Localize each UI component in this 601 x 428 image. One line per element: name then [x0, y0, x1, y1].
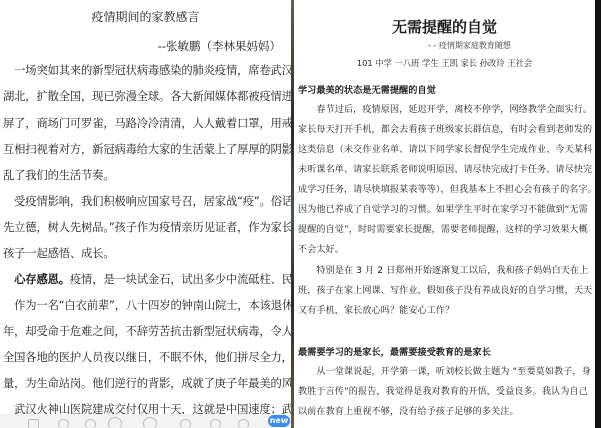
toolbar-icon[interactable] [238, 419, 249, 428]
left-page-author: --张敏鹏（李林果妈妈） [158, 38, 281, 54]
text-line: 未听课名单、请家长联系老师说明原因、请尽快完成打卡任务、请尽快完 [298, 162, 592, 175]
right-page-subtitle: - - 疫情期家庭教育随想 [428, 40, 511, 51]
right-document-page: 无需提醒的自觉 - - 疫情期家庭教育随想 101 中学 一八班 学生 王凯 家… [294, 0, 595, 428]
new-badge[interactable]: new [268, 415, 290, 427]
toolbar-icon[interactable] [85, 419, 96, 428]
text-line: 这类信息（未交作业名单、请以下同学家长督促学生完成作业、今天某科 [298, 142, 592, 155]
text-line: 又有手机，家长放心吗？能安心工作？ [298, 303, 454, 316]
text-line: 班，孩子在家上网课、写作业，假如孩子没有养成良好的自学习惯，天天 [298, 283, 592, 296]
right-edge-border [595, 0, 601, 428]
text-line: 提醒的自觉”，时时需要家长提醒，需要老师提醒，这样的学习效果大概 [298, 222, 588, 235]
text-line: 孩子一起感悟、成长。 [3, 245, 114, 261]
bold-lead: 心存感恩。 [14, 273, 70, 286]
right-page-title: 无需提醒的自觉 [294, 16, 595, 37]
toolbar-icon[interactable] [58, 419, 69, 428]
bold-para-rest: 疫情，是一块试金石，试出多少中流砥柱、民族脊梁。 [70, 273, 291, 286]
section-heading: 学习最美的状态是无需提醒的自觉 [298, 82, 436, 96]
text-line: 成学习任务，请尽快填报某表等等），但我基本上不担心会有孩子的名字。 [298, 182, 595, 195]
text-line: 因为他已养成了自觉学习的习惯。如果学生平时在家学习不能做到“无需 [298, 202, 588, 215]
text-line: 春节过后，疫情原因，延迟开学，离校不停学，网络教学全面实行。 [298, 102, 592, 115]
text-line: 年，却受命于危难之间，不辞劳苦抗击新型冠状病毒，令人肃然起敬。 [3, 323, 291, 339]
text-line: 家长每天打开手机，都会去看孩子班级家长群信息，有时会看到老师发的 [298, 122, 592, 135]
text-line: 先立德，树人先树品。”孩子作为疫情亲历见证者，作为家长的我和 [3, 219, 291, 235]
left-page-title: 疫情期间的家教感言 [0, 8, 291, 25]
text-line: 从一堂课说起，开学第一课，听刘校长做主题为 “至要莫如教子，身 [298, 364, 591, 377]
text-line: 不会太好。 [298, 242, 344, 255]
text-line: 屏了，商场门可罗雀，马路冷冷清清，人人戴着口罩，用戒备的眼神 [3, 115, 291, 131]
text-line: 特别是在 3 月 2 日郑州开始逐渐复工以后，我和孩子妈妈白天在上 [298, 263, 588, 276]
bottom-toolbar [0, 414, 291, 428]
toolbar-icon[interactable] [210, 419, 221, 428]
text-line: 湖北，扩散全国，现已弥漫全球。各大新闻媒体都被疫情进展情况刷 [3, 88, 291, 104]
text-line: 量，为生命站岗。他们逆行的背影，成就了庚子年最美的风景！ [3, 375, 291, 391]
text-line: 以前在教育上重视不够，没有给予孩子足够的多关注。 [298, 404, 519, 417]
author-info: 101 中学 一八班 学生 王凯 家长 孙改玲 王社会 [294, 57, 595, 69]
text-line: 互相扫视着对方，新冠病毒给大家的生活蒙上了厚厚的阴影，彻底打 [3, 141, 291, 157]
bold-paragraph-line: 心存感恩。疫情，是一块试金石，试出多少中流砥柱、民族脊梁。 [3, 271, 291, 287]
left-document-page: 疫情期间的家教感言 --张敏鹏（李林果妈妈） 一场突如其来的新型冠状病毒感染的肺… [0, 0, 291, 428]
bracket-icon[interactable] [28, 419, 39, 428]
text-line: 全国各地的医护人员夜以继日，不眠不休，他们拼尽全力，与病毒较 [3, 349, 291, 365]
circle-icon[interactable] [108, 417, 122, 428]
section-heading: 最需要学习的是家长，最需要接受教育的是家长 [298, 344, 491, 358]
text-line: 乱了我们的生活节奏。 [3, 167, 114, 183]
text-line: 教胜于言传”的报告，我觉得是我对教育的开悟，受益良多。我认为自己 [298, 384, 588, 397]
circle-icon[interactable] [143, 417, 157, 428]
text-line: 作为一名“白衣前辈”，八十四岁的钟南山院士，本该退休颐养天 [3, 297, 291, 313]
toolbar-icon[interactable] [180, 419, 191, 428]
text-line: 一场突如其来的新型冠状病毒感染的肺炎疫情，席卷武汉，蔓延 [3, 62, 291, 78]
text-line: 受疫情影响，我们积极响应国家号召，居家战“疫”。俗话说“立人 [3, 193, 291, 209]
